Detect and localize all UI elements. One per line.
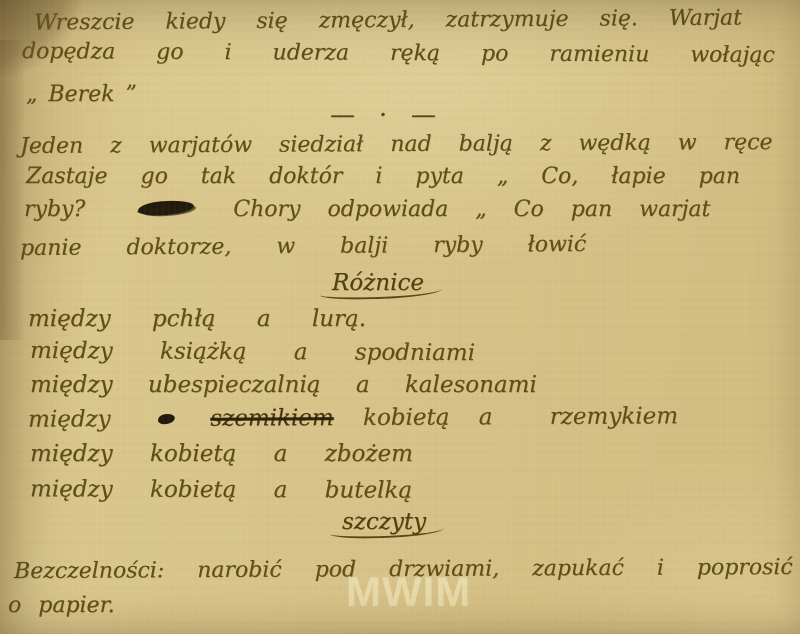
list-item: między kobietą a zbożem [30, 441, 413, 467]
handwritten-line: „ Berek ” [26, 82, 137, 107]
line-text: Chory odpowiada „ Co pan warjat [233, 197, 710, 222]
line-text: ryby? [24, 197, 85, 222]
list-item: między książką a spodniami [30, 338, 475, 366]
paper-sheet: Wreszcie kiedy się zmęczył, zatrzymuje s… [0, 0, 800, 634]
handwritten-line: dopędza go i uderza ręką po ramieniu woł… [22, 39, 775, 68]
section-heading-szczyty: szczyty [340, 509, 430, 538]
strikethrough-word: szemikiem [210, 405, 334, 432]
left-edge-shading [0, 40, 26, 340]
list-item: między szemikiem kobietą a rzemykiem [28, 403, 678, 432]
handwritten-line: Zastaje go tak doktór i pyta „ Co, łapie… [26, 164, 740, 189]
list-item: między kobietą a butelką [30, 476, 412, 503]
line-text: kobietą a [363, 404, 493, 431]
small-ink-blot [157, 413, 175, 425]
section-heading-roznice: Różnice [330, 270, 428, 299]
list-item: między ubespieczalnią a kalesonami [30, 372, 537, 398]
handwritten-line: Bezczelności: narobić pod drzwiami, zapu… [14, 555, 793, 584]
handwritten-line: o papier. [8, 593, 115, 618]
section-divider: — · — [330, 100, 444, 129]
list-item: między pchłą a lurą. [28, 306, 366, 332]
photographed-handwritten-page: { "page": { "description": "Aged handwri… [0, 0, 800, 634]
handwritten-line: panie doktorze, w balji ryby łowić [20, 232, 586, 261]
ink-blot [138, 199, 195, 217]
handwritten-line: Wreszcie kiedy się zmęczył, zatrzymuje s… [34, 6, 742, 36]
handwritten-line: Jeden z warjatów siedział nad balją z wę… [20, 130, 773, 159]
underlined-heading-text: Różnice [330, 270, 428, 299]
underlined-heading-text: szczyty [340, 509, 430, 538]
line-text: między [28, 406, 111, 432]
line-text: rzemykiem [550, 403, 678, 430]
handwritten-line: ryby? Chory odpowiada „ Co pan warjat [24, 197, 710, 222]
